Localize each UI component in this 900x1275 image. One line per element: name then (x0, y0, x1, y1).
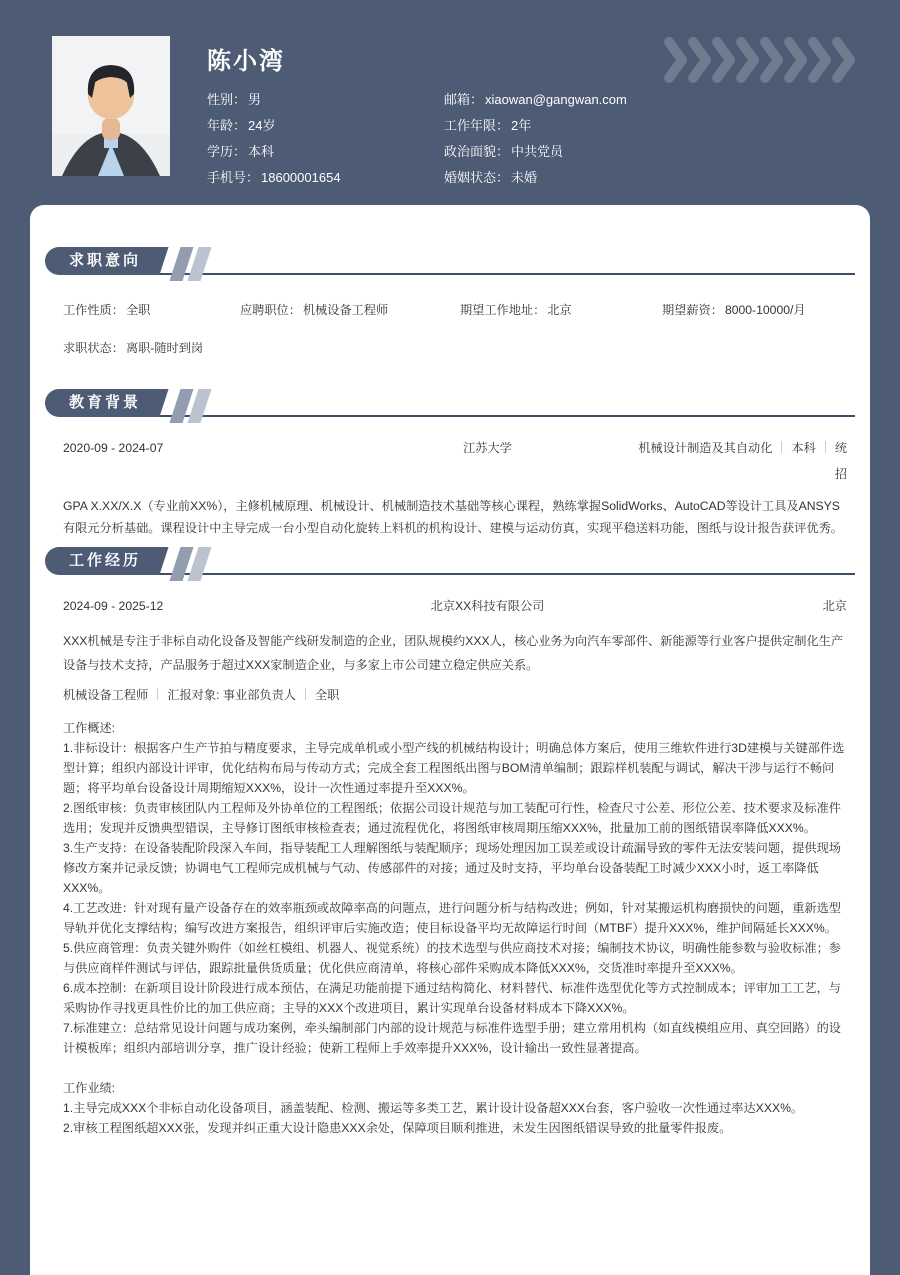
profile-header: 陈小湾 性别：男 年龄：24岁 学历：本科 手机号：18600001654 邮箱… (0, 0, 900, 205)
field-email: 邮箱：xiaowan@gangwan.com (444, 91, 627, 108)
work-period: 2024-09 - 2025-12 (63, 598, 343, 615)
section-rule (155, 573, 855, 575)
intention-row-2: 求职状态：离职-随时到岗 (63, 340, 847, 357)
section-header-intention: 求职意向 (45, 247, 855, 275)
section-title: 教育背景 (69, 394, 141, 411)
field-work-years: 工作年限：2年 (444, 117, 627, 134)
divider (157, 688, 158, 700)
education-enrollment: 统招 (835, 441, 847, 481)
section-intention-body: 工作性质：全职 应聘职位：机械设备工程师 期望工作地址：北京 期望薪资：8000… (45, 302, 855, 389)
contact-fields-right: 邮箱：xiaowan@gangwan.com 工作年限：2年 政治面貌：中共党员… (444, 91, 627, 186)
section-rule (155, 273, 855, 275)
work-overview: 工作概述: 1.非标设计：根据客户生产节拍与精度要求，主导完成单机或小型产线的机… (63, 718, 847, 1058)
field-target-location: 期望工作地址：北京 (460, 302, 662, 319)
contact-fields-left: 性别：男 年龄：24岁 学历：本科 手机号：18600001654 (207, 91, 444, 186)
work-overview-item: 6.成本控制：在新项目设计阶段进行成本预估，在满足功能前提下通过结构简化、材料替… (63, 978, 847, 1018)
work-report-to: 汇报对象: 事业部负责人 (167, 688, 296, 702)
section-title-tag: 工作经历 (45, 547, 155, 575)
resume-card: 求职意向 工作性质：全职 应聘职位：机械设备工程师 期望工作地址：北京 期望薪资… (30, 205, 870, 1275)
intention-row-1: 工作性质：全职 应聘职位：机械设备工程师 期望工作地址：北京 期望薪资：8000… (63, 302, 847, 319)
field-job-nature: 工作性质：全职 (63, 302, 240, 319)
education-description: GPA X.XX/X.X（专业前XX%），主修机械原理、机械设计、机械制造技术基… (63, 495, 847, 539)
work-location: 北京 (632, 598, 847, 615)
company-intro: XXX机械是专注于非标自动化设备及智能产线研发制造的企业，团队规模约XXX人，核… (63, 629, 847, 677)
chevron-right-decoration-icon (662, 36, 862, 84)
education-meta: 机械设计制造及其自动化本科统招 (632, 435, 847, 487)
section-header-work: 工作经历 (45, 547, 855, 575)
work-overview-title: 工作概述: (63, 718, 847, 738)
education-entry-row: 2020-09 - 2024-07 江苏大学 机械设计制造及其自动化本科统招 (63, 440, 847, 487)
work-overview-item: 7.标准建立：总结常见设计问题与成功案例，牵头编制部门内部的设计规范与标准件选型… (63, 1018, 847, 1058)
work-achievements-title: 工作业绩: (63, 1078, 847, 1098)
work-overview-item: 5.供应商管理：负责关键外购件（如丝杠模组、机器人、视觉系统）的技术选型与供应商… (63, 938, 847, 978)
work-entry-row: 2024-09 - 2025-12 北京XX科技有限公司 北京 (63, 598, 847, 615)
work-achievements: 工作业绩: 1.主导完成XXX个非标自动化设备项目，涵盖装配、检测、搬运等多类工… (63, 1078, 847, 1138)
education-degree: 本科 (791, 441, 815, 455)
work-company: 北京XX科技有限公司 (343, 598, 632, 615)
work-achievement-item: 1.主导完成XXX个非标自动化设备项目，涵盖装配、检测、搬运等多类工艺，累计设计… (63, 1098, 847, 1118)
section-rule (155, 415, 855, 417)
work-overview-item: 3.生产支持：在设备装配阶段深入车间，指导装配工人理解图纸与装配顺序；现场处理因… (63, 838, 847, 898)
field-marital-status: 婚姻状态：未婚 (444, 169, 627, 186)
section-title: 求职意向 (69, 252, 141, 269)
field-target-position: 应聘职位：机械设备工程师 (240, 302, 460, 319)
field-political-status: 政治面貌：中共党员 (444, 143, 627, 160)
work-role: 机械设备工程师 (63, 688, 148, 702)
divider (825, 441, 826, 453)
work-role-line: 机械设备工程师汇报对象: 事业部负责人全职 (63, 687, 847, 704)
section-work-body: 2024-09 - 2025-12 北京XX科技有限公司 北京 XXX机械是专注… (45, 598, 855, 1138)
field-gender: 性别：男 (207, 91, 444, 108)
field-job-status: 求职状态：离职-随时到岗 (63, 340, 203, 357)
field-expected-salary: 期望薪资：8000-10000/月 (662, 302, 806, 319)
education-school: 江苏大学 (343, 440, 632, 487)
field-education: 学历：本科 (207, 143, 444, 160)
education-major: 机械设计制造及其自动化 (638, 441, 772, 455)
education-period: 2020-09 - 2024-07 (63, 440, 343, 487)
portrait-photo-icon (52, 36, 170, 176)
divider (781, 441, 782, 453)
work-job-type: 全职 (315, 688, 339, 702)
work-overview-item: 4.工艺改进：针对现有量产设备存在的效率瓶颈或故障率高的问题点，进行问题分析与结… (63, 898, 847, 938)
work-overview-item: 1.非标设计：根据客户生产节拍与精度要求，主导完成单机或小型产线的机械结构设计；… (63, 738, 847, 798)
field-phone: 手机号：18600001654 (207, 169, 444, 186)
contact-fields: 性别：男 年龄：24岁 学历：本科 手机号：18600001654 邮箱：xia… (207, 91, 900, 186)
section-title-tag: 教育背景 (45, 389, 155, 417)
work-achievement-item: 2.审核工程图纸超XXX张，发现并纠正重大设计隐患XXX余处，保障项目顺利推进，… (63, 1118, 847, 1138)
section-title: 工作经历 (69, 552, 141, 569)
section-education-body: 2020-09 - 2024-07 江苏大学 机械设计制造及其自动化本科统招 G… (45, 440, 855, 547)
field-age: 年龄：24岁 (207, 117, 444, 134)
work-overview-item: 2.图纸审核：负责审核团队内工程师及外协单位的工程图纸；依据公司设计规范与加工装… (63, 798, 847, 838)
divider (305, 688, 306, 700)
section-title-tag: 求职意向 (45, 247, 155, 275)
section-header-education: 教育背景 (45, 389, 855, 417)
